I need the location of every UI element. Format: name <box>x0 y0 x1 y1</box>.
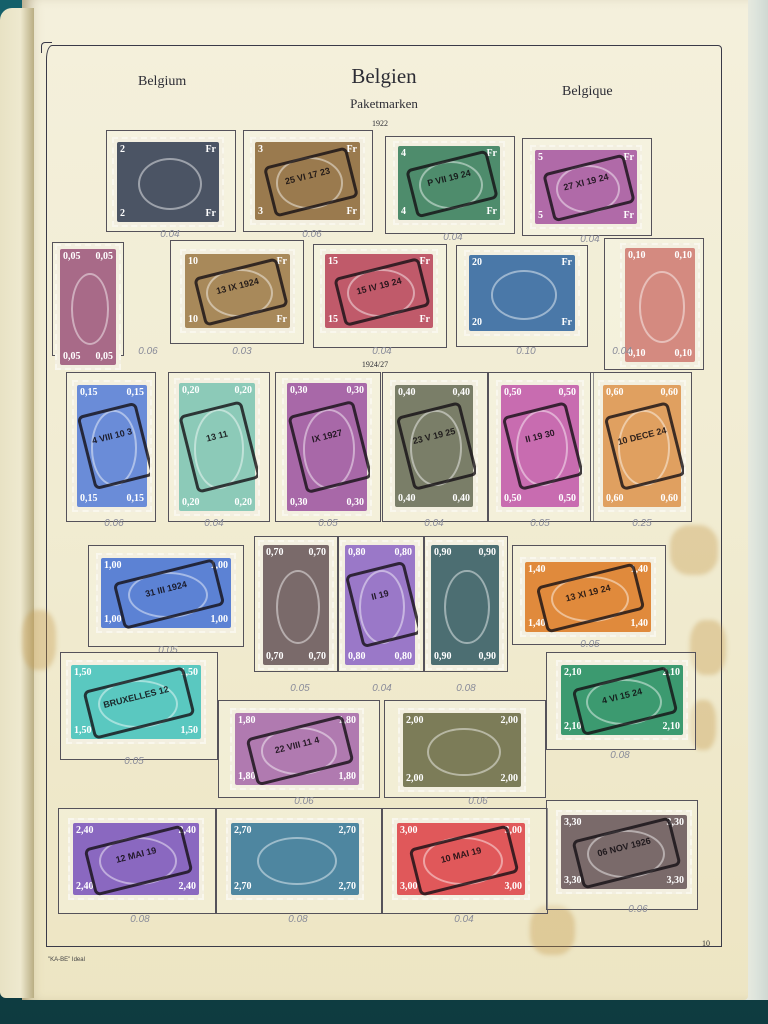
stamp-denomination: 0,90 <box>434 548 452 558</box>
stamp-denomination: 20 <box>472 258 482 268</box>
stamp-denomination: 5 <box>538 153 543 163</box>
page-subtitle: Paketmarken <box>0 96 768 112</box>
stain <box>22 610 56 670</box>
stamp-denomination: 2,10 <box>663 722 681 732</box>
stamp-denomination: 3 <box>258 207 263 217</box>
stamp-denomination: 0,80 <box>395 652 413 662</box>
stamp-denomination: 0,05 <box>63 252 81 262</box>
catalog-price: 0.04 <box>592 346 652 357</box>
stamp-denomination: 0,20 <box>182 386 200 396</box>
stamp-denomination: 1,00 <box>104 615 122 625</box>
coat-of-arms-icon <box>491 270 558 320</box>
catalog-price: 0.04 <box>423 232 483 243</box>
catalog-price: 0.06 <box>608 904 668 915</box>
stamp-denomination: Fr <box>419 257 430 267</box>
stamp-denomination: 0,60 <box>606 494 624 504</box>
stamp-denomination: 0,50 <box>504 494 522 504</box>
catalog-price: 0.25 <box>612 518 672 529</box>
stamp: 0,900,900,900,90 <box>426 540 504 670</box>
stamp-denomination: Fr <box>276 315 287 325</box>
stamp-denomination: 0,20 <box>235 386 253 396</box>
stamp-denomination: 0,90 <box>434 652 452 662</box>
stamp-denomination: 2,40 <box>179 882 197 892</box>
stamp-denomination: Fr <box>486 207 497 217</box>
stamp-denomination: Fr <box>623 211 634 221</box>
stamp: 2,002,002,002,00 <box>398 708 526 792</box>
catalog-price: 0.06 <box>274 796 334 807</box>
stamp-denomination: 10 <box>188 315 198 325</box>
catalog-price: 0.04 <box>352 346 412 357</box>
section-year-1922: 1922 <box>350 119 410 128</box>
stamp-denomination: 0,20 <box>235 498 253 508</box>
stamp: 15Fr15Fr15 IV 19 24 <box>320 249 438 333</box>
stamp: 3Fr3Fr25 VI 17 23 <box>250 137 365 225</box>
album-brand: "KA-BE" Ideal <box>48 957 85 963</box>
stamp-denomination: Fr <box>205 145 216 155</box>
stamp: 0,150,150,150,154 VIII 10 3 <box>72 380 152 512</box>
stamp-denomination: 2,70 <box>234 826 252 836</box>
stamp-denomination: 3 <box>258 145 263 155</box>
stamp: 2,702,702,702,70 <box>226 818 364 900</box>
stamp-denomination: 0,40 <box>453 388 471 398</box>
stamp-denomination: 0,70 <box>266 652 284 662</box>
catalog-price: 0.08 <box>590 750 650 761</box>
page-title: Belgien <box>0 64 768 89</box>
coat-of-arms-icon <box>257 837 336 885</box>
stamp-denomination: 3,00 <box>400 826 418 836</box>
stamp-denomination: 0,10 <box>675 349 693 359</box>
stamp-denomination: 0,70 <box>309 652 327 662</box>
stamp-denomination: 0,50 <box>559 494 577 504</box>
stamp-denomination: Fr <box>561 258 572 268</box>
stamp-denomination: 0,20 <box>182 498 200 508</box>
catalog-price: 0.04 <box>404 518 464 529</box>
catalog-price: 0.08 <box>436 683 496 694</box>
stamp: 0,500,500,500,50II 19 30 <box>496 380 584 512</box>
catalog-price: 0.05 <box>270 683 330 694</box>
coat-of-arms-icon <box>427 728 500 777</box>
stamp-denomination: 0,05 <box>96 252 114 262</box>
title-english: Belgium <box>138 74 186 90</box>
stamp-denomination: 3,30 <box>564 876 582 886</box>
stamp-denomination: 15 <box>328 257 338 267</box>
catalog-price: 0.10 <box>496 346 556 357</box>
stamp-denomination: 2,10 <box>564 722 582 732</box>
catalog-price: 0.06 <box>282 229 342 240</box>
stamp-denomination: 0,30 <box>290 498 308 508</box>
catalog-price: 0.06 <box>448 796 508 807</box>
stamp-denomination: 2,00 <box>501 716 519 726</box>
stamp-denomination: 10 <box>188 257 198 267</box>
stamp-denomination: 20 <box>472 318 482 328</box>
stamp-denomination: 0,10 <box>675 251 693 261</box>
stamp-denomination: 0,80 <box>348 548 366 558</box>
catalog-price: 0.06 <box>84 518 144 529</box>
stamp-denomination: 3,00 <box>505 882 523 892</box>
stamp-denomination: 1,50 <box>74 668 92 678</box>
stamp: 1,801,801,801,8022 VIII 11 4 <box>230 708 364 790</box>
catalog-price: 0.05 <box>298 518 358 529</box>
section-year-1924-27: 1924/27 <box>345 360 405 369</box>
stamp-denomination: 3,30 <box>564 818 582 828</box>
stamp-denomination: Fr <box>419 315 430 325</box>
stamp-denomination: 0,50 <box>559 388 577 398</box>
stamp-denomination: 1,40 <box>528 619 546 629</box>
stamp: 1,001,001,001,0031 III 1924 <box>96 553 236 633</box>
stamp-denomination: 0,05 <box>96 352 114 362</box>
stamp-denomination: 0,40 <box>453 494 471 504</box>
catalog-price: 0.04 <box>140 229 200 240</box>
catalog-price: 0.08 <box>110 914 170 925</box>
catalog-price: 0.05 <box>510 518 570 529</box>
stamp-denomination: 1,00 <box>211 615 229 625</box>
stamp: 4Fr4FrP VII 19 24 <box>393 141 505 225</box>
stamp-denomination: 4 <box>401 149 406 159</box>
catalog-price: 0.05 <box>104 756 164 767</box>
stamp-denomination: 0,90 <box>479 652 497 662</box>
stamp-denomination: 1,40 <box>631 619 649 629</box>
stamp-denomination: 1,00 <box>104 561 122 571</box>
stamp: 20Fr20Fr <box>464 250 580 336</box>
coat-of-arms-icon <box>138 158 202 210</box>
stamp-denomination: 3,30 <box>667 876 685 886</box>
stamp-denomination: 2,70 <box>339 882 357 892</box>
catalog-price: 0.04 <box>352 683 412 694</box>
stamp-denomination: 0,30 <box>347 498 365 508</box>
stamp-denomination: 0,05 <box>63 352 81 362</box>
stamp-denomination: 2,70 <box>339 826 357 836</box>
stamp-denomination: Fr <box>561 318 572 328</box>
stamp-denomination: 2 <box>120 209 125 219</box>
coat-of-arms-icon <box>444 570 489 645</box>
coat-of-arms-icon <box>71 273 110 345</box>
stamp-denomination: 0,15 <box>80 494 98 504</box>
stamp-denomination: 0,15 <box>80 388 98 398</box>
stamp-denomination: 0,30 <box>290 386 308 396</box>
stamp: 2,102,102,102,104 VI 15 24 <box>556 660 688 740</box>
stamp-denomination: 0,70 <box>309 548 327 558</box>
stamp-denomination: 2,10 <box>564 668 582 678</box>
stamp: 5Fr5Fr27 XI 19 24 <box>530 145 642 229</box>
catalog-price: 0.06 <box>118 346 178 357</box>
catalog-price: 0.04 <box>184 518 244 529</box>
catalog-price: 0.08 <box>268 914 328 925</box>
stamp-denomination: 0,60 <box>661 388 679 398</box>
stamp-denomination: 0,80 <box>395 548 413 558</box>
stamp: 0,050,050,050,05 <box>55 244 121 370</box>
stamp-denomination: Fr <box>205 209 216 219</box>
stamp-denomination: 3,00 <box>400 882 418 892</box>
previous-page-edge <box>0 8 34 998</box>
stamp-denomination: 1,80 <box>339 772 357 782</box>
stamp: 10Fr10Fr13 IX 1924 <box>180 249 295 333</box>
stamp: 1,501,501,501,50BRUXELLES 12 <box>66 660 206 744</box>
stamp-denomination: 0,15 <box>127 494 145 504</box>
stamp: 0,800,800,800,80II 19 <box>340 540 420 670</box>
coat-of-arms-icon <box>639 271 686 342</box>
stamp: 0,700,700,700,70 <box>258 540 334 670</box>
stamp-denomination: 4 <box>401 207 406 217</box>
stamp-denomination: 0,60 <box>661 494 679 504</box>
stamp: 3,303,303,303,3006 NOV 1926 <box>556 810 692 894</box>
stamp: 2,402,402,402,4012 MAI 19 <box>68 818 204 900</box>
stamp: 1,401,401,401,4013 XI 19 24 <box>520 557 656 637</box>
stamp-denomination: 0,40 <box>398 388 416 398</box>
stamp-denomination: 2,00 <box>406 716 424 726</box>
stamp: 0,400,400,400,4023 V 19 25 <box>390 380 478 512</box>
stamp-denomination: 2,40 <box>76 826 94 836</box>
stamp-denomination: 0,60 <box>606 388 624 398</box>
stamp-denomination: 2,00 <box>501 774 519 784</box>
stamp-denomination: 0,40 <box>398 494 416 504</box>
stamp-denomination: 1,40 <box>528 565 546 575</box>
catalog-price: 0.05 <box>560 639 620 650</box>
stamp-denomination: 1,50 <box>181 726 199 736</box>
stamp: 0,300,300,300,30IX 1927 <box>282 378 372 516</box>
page-number: 10 <box>702 939 710 948</box>
stamp-denomination: 0,70 <box>266 548 284 558</box>
stamp-denomination: 0,10 <box>628 251 646 261</box>
stamp-denomination: 0,90 <box>479 548 497 558</box>
stamp-denomination: 2,70 <box>234 882 252 892</box>
stamp-denomination: 1,80 <box>238 716 256 726</box>
stamp-denomination: 1,80 <box>238 772 256 782</box>
stain <box>670 525 718 575</box>
stamp-denomination: 5 <box>538 211 543 221</box>
stamp-denomination: 0,80 <box>348 652 366 662</box>
stamp-denomination: Fr <box>346 207 357 217</box>
catalog-price: 0.04 <box>434 914 494 925</box>
stamp-denomination: 15 <box>328 315 338 325</box>
stamp-denomination: 2,40 <box>76 882 94 892</box>
coat-of-arms-icon <box>276 570 320 645</box>
stamp: 0,600,600,600,6010 DECE 24 <box>598 380 686 512</box>
stamp-denomination: 1,50 <box>74 726 92 736</box>
stamp-denomination: 2 <box>120 145 125 155</box>
stamp: 2Fr2Fr <box>112 137 224 227</box>
stamp-denomination: 0,15 <box>127 388 145 398</box>
catalog-price: 0.03 <box>212 346 272 357</box>
stamp-denomination: 0,30 <box>347 386 365 396</box>
stamp: 3,003,003,003,0010 MAI 19 <box>392 818 530 900</box>
stamp-denomination: 0,50 <box>504 388 522 398</box>
stamp: 0,200,200,200,2013 11 <box>174 378 260 516</box>
stamp-denomination: 2,00 <box>406 774 424 784</box>
